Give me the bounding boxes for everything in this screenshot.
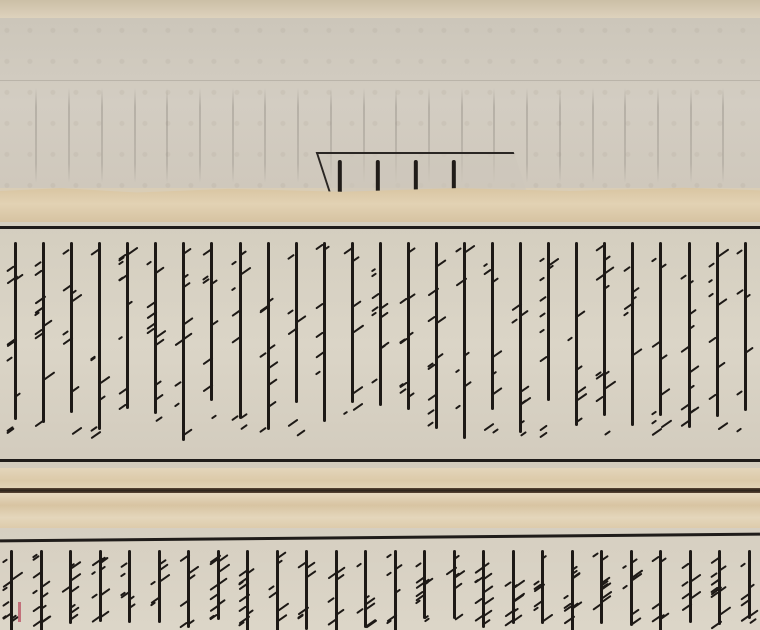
script-columns: [8, 236, 752, 452]
script-column: [738, 236, 752, 452]
faded-script-column: [264, 88, 266, 183]
script-column: [457, 236, 471, 452]
bottom-manuscript-leaf: [0, 528, 760, 630]
faded-script-column: [690, 88, 692, 183]
script-column: [289, 236, 303, 452]
faded-script-column: [559, 88, 561, 183]
script-column: [358, 544, 372, 630]
script-column: [317, 236, 331, 452]
script-column: [429, 236, 443, 452]
script-column: [211, 544, 225, 630]
script-column: [594, 544, 608, 630]
faded-script-column: [199, 88, 201, 183]
script-column: [506, 544, 520, 630]
script-column: [447, 544, 461, 630]
faded-script-column: [624, 88, 626, 183]
script-columns: [4, 544, 756, 630]
script-column: [36, 236, 50, 452]
script-column: [270, 544, 284, 630]
top-border-rule: [0, 533, 760, 543]
script-column: [64, 236, 78, 452]
faded-script-column: [101, 88, 103, 183]
faded-script-column: [35, 88, 37, 183]
script-column: [388, 544, 402, 630]
script-column: [176, 236, 190, 452]
script-column: [535, 544, 549, 630]
faded-script-column: [68, 88, 70, 183]
faded-script-column: [134, 88, 136, 183]
script-column: [261, 236, 275, 452]
script-column: [569, 236, 583, 452]
script-column: [345, 236, 359, 452]
script-column: [93, 544, 107, 630]
label-script-word: [338, 160, 342, 194]
script-column: [299, 544, 313, 630]
red-ink-mark: [18, 602, 21, 622]
script-column: [710, 236, 724, 452]
script-column: [148, 236, 162, 452]
faded-script-column: [657, 88, 659, 183]
faded-script-column: [166, 88, 168, 183]
script-column: [485, 236, 499, 452]
script-column: [513, 236, 527, 452]
script-column: [712, 544, 726, 630]
paper-edge-strata: [0, 468, 760, 530]
faded-script-column: [297, 88, 299, 183]
faded-ruling-line: [0, 80, 760, 81]
label-script-word: [414, 160, 418, 194]
script-column: [63, 544, 77, 630]
script-column: [417, 544, 431, 630]
script-column: [240, 544, 254, 630]
script-column: [742, 544, 756, 630]
script-column: [565, 544, 579, 630]
top-paper-edge: [0, 0, 760, 20]
script-column: [233, 236, 247, 452]
faded-script-column: [592, 88, 594, 183]
script-column: [152, 544, 166, 630]
script-column: [8, 236, 22, 452]
script-column: [122, 544, 136, 630]
script-column: [34, 544, 48, 630]
script-column: [625, 236, 639, 452]
bottom-border-rule: [0, 459, 760, 462]
top-border-rule: [0, 226, 760, 229]
torn-paper-edge: [0, 186, 760, 222]
middle-manuscript-leaf: [0, 222, 760, 468]
faded-script-column: [526, 88, 528, 183]
faded-script-column: [722, 88, 724, 183]
faded-script-column: [232, 88, 234, 183]
script-column: [476, 544, 490, 630]
script-column: [682, 236, 696, 452]
leaf-seam: [0, 488, 760, 493]
script-column: [204, 236, 218, 452]
script-column: [92, 236, 106, 452]
script-column: [653, 236, 667, 452]
script-column: [373, 236, 387, 452]
script-column: [329, 544, 343, 630]
script-column: [597, 236, 611, 452]
script-column: [624, 544, 638, 630]
script-column: [653, 544, 667, 630]
script-column: [541, 236, 555, 452]
script-column: [4, 544, 18, 630]
script-column: [401, 236, 415, 452]
script-column: [120, 236, 134, 452]
script-column: [683, 544, 697, 630]
label-script-word: [376, 160, 380, 194]
script-column: [181, 544, 195, 630]
